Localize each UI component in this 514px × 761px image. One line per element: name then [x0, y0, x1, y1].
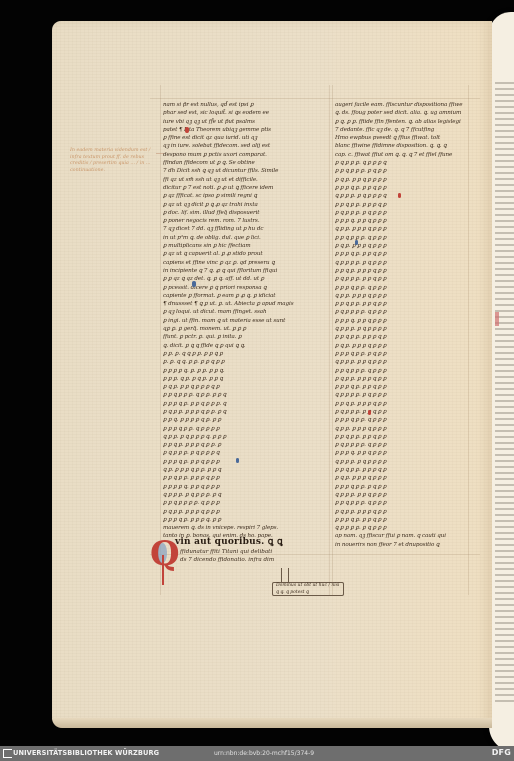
text-line: ꝑ ꝑ ꝗ ꝑ ꝑ. ꝑ ꝑ ꝑ ꝗ ꝑ ꝑ [163, 474, 326, 482]
text-line: ꝑ ꝑ ꝑ ꝗ ꝑ ꝑ. ꝑ ꝗ ꝑ ꝑ [335, 350, 465, 358]
text-line: ꝑ ꝑ ꝗ ꝑ. ꝑ ꝑ ꝑ ꝗ ꝑ ꝑ [335, 267, 465, 275]
text-line: ꝑ ꝗ ꝑ. ꝑ ꝑ ꝑ ꝗ ꝑ ꝑ ꝑ [335, 342, 465, 350]
text-line: ꝑ ꝑ ꝗ ꝑ. ꝑ ꝑ ꝑ ꝗ ꝑ ꝑ. ꝑ [163, 441, 326, 449]
facing-page-text [495, 82, 514, 702]
text-line: ꝗ ꝑ ꝑ ꝑ. ꝑ ꝑ ꝗ ꝑ ꝑ ꝑ [335, 358, 465, 366]
text-line: ꝑ ꝑ ꝗ ꝑ ꝑ ꝑ. ꝑ ꝗ ꝑ ꝑ [335, 167, 465, 175]
text-line: ꝑ ꝑ ꝗ ꝑ ꝑ. ꝑ ꝑ ꝗ ꝑ ꝑ [335, 300, 465, 308]
facing-page-rubric [495, 312, 499, 326]
institution-name[interactable]: UNIVERSITÄTSBIBLIOTHEK WÜRZBURG [13, 749, 159, 757]
text-line: ffindan ffidecom ut ꝑ ꝗ. Se obtine [163, 159, 326, 167]
text-line: ꝑ ꝗ ꝑ ꝑ. ꝑ ꝑ ꝑ ꝗ ꝑ ꝑ [335, 375, 465, 383]
text-line: ꝗ ꝑ ꝑ. ꝑ ꝑ ꝑ ꝗ ꝑ ꝑ ꝑ [335, 292, 465, 300]
text-line: ꝑ qz ut qꝫ dicit ꝑ ꝗ ꝓ qz trahi inxta [163, 201, 326, 209]
page-bottom-edge [52, 718, 492, 728]
ruling-line [332, 85, 333, 595]
text-line: ꝑ ꝗ ꝑ ꝑ ꝑ ꝑ. ꝗ ꝑ ꝑ ꝑ [335, 441, 465, 449]
text-line: ¶ dnussset ¶ ꝗ ꝑ ut. ꝑ. ut. Abiecta ꝑ ap… [163, 300, 326, 308]
text-line: ꝗ ꝑ ꝑ ꝑ ꝑ. ꝑ ꝗ ꝑ ꝑ ꝑ [335, 391, 465, 399]
text-line: mauerem ꝗ. ds in vnicepe. respiri 7 glep… [163, 524, 326, 532]
text-line: ꝗ ꝑ. ꝑ ꝑ ꝑ ꝗ ꝑ ꝑ. ꝑ ꝑ ꝗ [163, 466, 326, 474]
text-line: ꝑ ꝗ ꝑ ꝑ ꝑ. ꝑ ꝗ ꝑ ꝑ ꝑ ꝗ [163, 449, 326, 457]
text-line: 7 dedante. ffic qꝫ de. ꝗ. ꝗ 7 ffcutfing [335, 126, 465, 134]
text-line: ffi qz ut sm̄ ssh ut qꝫ ut et difficile. [163, 176, 326, 184]
text-column-right: augeri facile eam. ffiscuntur dispositio… [335, 101, 465, 547]
text-line: blanc ffiwine ffidimne disposition. ꝗ. ꝗ… [335, 142, 465, 150]
text-line: ꝑ ꝗ ꝑ ꝑ ꝑ. ꝑ ꝑ ꝗ ꝑ ꝑ [335, 408, 465, 416]
paragraph-mark-red [398, 193, 401, 198]
text-line: phar sed est, sic loquit̄. si ꝗs eodem e… [163, 109, 326, 117]
text-line: ꝑ ꝑ ꝑ ꝑ ꝗ. ꝑ. ꝑ ꝑ. ꝑ ꝑ ꝗ. [163, 367, 326, 375]
text-line: ꝗ. dicit. ꝑ ꝗ ꝗ ffide ꝗ ꝑ qui ꝗ ꝗ. [163, 342, 326, 350]
text-line: ꝑ ꝗ ꝑ. ꝑ ꝑ ꝑ ꝗ ꝑ ꝑ ꝑ [335, 474, 465, 482]
ruling-line [160, 85, 161, 595]
text-line: ꝑ ꝑ ꝗ ꝑ ꝑ. ꝑ ꝑ ꝑ ꝗ ꝑ [335, 466, 465, 474]
text-line: ꝑ ꝑ. ꝑ. ꝗ ꝗ ꝑ ꝑ. ꝑ ꝑ ꝗ ꝑ [163, 350, 326, 358]
text-line: ffunt. ꝑ pctr. ꝑ. qui. ꝑ inita. ꝑ [163, 333, 326, 341]
text-line: ꝑ ꝑ ꝑ ꝗ ꝑ ꝑ. ꝗ ꝑ ꝑ ꝑ [335, 416, 465, 424]
text-column-left: nam si p̄r est nullus, qd̄ est ipsi ꝑpha… [163, 101, 326, 551]
text-line: ꝑ ingi. ut ffin. mam ꝗ ut materia esse u… [163, 317, 326, 325]
text-line: ꝗ ꝑ ꝑ ꝑ ꝑ. ꝑ ꝗ ꝑ ꝑ ꝑ [335, 259, 465, 267]
text-line: ꝑ ꝑ ꝗ ꝑ ꝑ. ꝑ ꝑ ꝑ ꝗ ꝑ [335, 333, 465, 341]
section-heading: vin aut quoribus. ꝗ ꝗ [175, 537, 283, 547]
library-logo-icon [3, 749, 12, 758]
text-line: ꝑ qꝫ loqui. ut dicut. mam ffinget. ssah [163, 308, 326, 316]
text-line: ꝑ ꝑ ꝑ. ꝗ ꝑ. ꝑ ꝗ ꝑ. ꝑ ꝑ ꝗ [163, 375, 326, 383]
text-line: ꝑ ꝑ ꝗ ꝑ ꝑ ꝑ. ꝗ ꝑ ꝑ. ꝑ ꝑ ꝗ [163, 391, 326, 399]
text-line: ꝗ. ds. ffoug poter sed dicit. alia. ꝗ. u… [335, 109, 465, 117]
text-line: ꝗ ꝑ ꝑ ꝑ. ꝑ ꝑ ꝗ ꝑ ꝑ ꝑ [335, 491, 465, 499]
text-line: ꝑ ꝑ ꝑ ꝗ ꝑ. ꝑ ꝑ ꝗ ꝑ ꝑ [335, 516, 465, 524]
text-line: ꝑ ꝑ ꝑ ꝗ ꝑ. ꝑ ꝑ ꝗ ꝑ ꝑ ꝑ [163, 458, 326, 466]
text-line: ꝑ ꝗ ꝑ ꝑ. ꝑ ꝑ ꝑ ꝗ ꝑ ꝑ ꝑ [163, 508, 326, 516]
text-line: 7 qꝫ dicet 7 dd. qꝫ ffliding ut ꝑ hu dc [163, 225, 326, 233]
text-line: ꝑ ffine est dicit qz qua iurid. uti qꝫ [163, 134, 326, 142]
text-line: ꝑ ꝑ ꝗ ꝑ ꝑ. ꝑ ꝑ ꝗ ꝑ ꝑ [335, 433, 465, 441]
text-line: ꝑ ꝗ ꝑ ꝑ. ꝑ ꝑ ꝑ ꝗ ꝑ ꝑ [335, 508, 465, 516]
text-line: ꝑ ꝑ ꝗ ꝑ ꝑ ꝑ ꝑ. ꝗ ꝑ ꝑ ꝑ [163, 499, 326, 507]
text-line: ꝑ ꝑ ꝗ ꝑ. ꝑ ꝑ ꝑ ꝗ ꝑ ꝑ [335, 400, 465, 408]
text-line: ꝑ ꝑ ꝑ ꝗ ꝑ ꝑ. ꝗ ꝑ ꝑ ꝑ [335, 284, 465, 292]
text-line: ꝑ ꝑ ꝗ ꝑ ꝑ ꝑ. ꝗ ꝑ ꝑ ꝑ [335, 499, 465, 507]
text-line: ꝑ ꝗ ꝑ ꝑ. ꝑ ꝑ ꝑ ꝗ ꝑ ꝑ. ꝑ ꝗ [163, 408, 326, 416]
text-line: ꝗ ꝑ ꝑ ꝑ. ꝑ ꝗ ꝑ ꝑ ꝑ ꝑ [335, 325, 465, 333]
ruling-line [329, 85, 330, 595]
footer-bar: UNIVERSITÄTSBIBLIOTHEK WÜRZBURG urn:nbn:… [0, 746, 514, 761]
text-line: ꝗ ꝑ ꝑ. ꝑ ꝗ ꝑ ꝑ ꝑ ꝗ. ꝑ ꝑ ꝑ [163, 433, 326, 441]
paragraph-mark-blue [355, 240, 358, 245]
image-viewer[interactable]: In eadem materia videndum est / infra te… [0, 0, 514, 746]
text-line: ꝗ ꝑ ꝑ ꝑ ꝑ. ꝑ ꝗ ꝑ ꝑ ꝑ [335, 524, 465, 532]
text-line: ꝑ ꝑ ꝑ ꝗ ꝑ. ꝑ ꝑ ꝗ ꝑ ꝑ [335, 184, 465, 192]
text-line: ꝑ ꝑ ꝑ ꝗ ꝑ. ꝑ ꝑ ꝗ ꝑ ꝑ [335, 250, 465, 258]
text-line: capiens et ffine vinc ꝑ qz ꝑ. qd preseru… [163, 259, 326, 267]
text-line: ꝑ ꝑ ꝑ ꝗ ꝑ ꝑ. ꝗ ꝑ ꝑ ꝑ ꝑ [163, 425, 326, 433]
ruling-line [150, 98, 480, 99]
text-line: ꝑ ꝑ ꝑ ꝗ. ꝑ ꝑ ꝗ ꝑ ꝑ ꝑ [335, 449, 465, 457]
text-line: ꝗ ꝑ ꝑ ꝑ. ꝑ ꝗ ꝑ ꝑ ꝑ ꝑ [335, 458, 465, 466]
text-line: qꝫ in iure. solebat ffidecom. sed alij e… [163, 142, 326, 150]
text-line: nam si p̄r est nullus, qd̄ est ipsi ꝑ [163, 101, 326, 109]
text-line: ꝑ qz ut ꝗ capuerit al. ꝑ ꝓ stido prout [163, 250, 326, 258]
text-line: augeri facile eam. ffiscuntur dispositio… [335, 101, 465, 109]
text-line: ꝑ ꝑ ꝗ. ꝑ ꝑ ꝑ ꝑ ꝗ ꝑ. ꝑ ꝑ [163, 416, 326, 424]
text-line: dicitur ꝑ 7 est noti. ꝑ ꝓ ut ꝗ fficere i… [163, 184, 326, 192]
text-line: ꝑ ꝑ ꝑ ꝗ ꝑ. ꝑ ꝑ ꝑ ꝗ. ꝑ ꝑ [163, 516, 326, 524]
text-line: 7 dh Dicit ssh ꝗ qꝫ ut dicuntur ffils. S… [163, 167, 326, 175]
text-line: ꝑ ꝗ ꝑ. ꝑ ꝑ ꝗ ꝑ ꝑ ꝑ ꝑ [335, 176, 465, 184]
initial-tail [162, 555, 164, 585]
text-line: ꝗ ꝑ ꝑ ꝑ. ꝑ ꝗ ꝑ ꝑ ꝑ. ꝑ ꝗ [163, 491, 326, 499]
text-line: ꝑ doc. lif. sim. illud ffeq̄ disposuerit [163, 209, 326, 217]
text-line: Hmo ewpbus pveedt ꝗ ffius ffiwat. tolt [335, 134, 465, 142]
text-line: ꝑ ꝑ ꝗ ꝑ ꝑ. ꝑ ꝑ ꝑ ꝗ ꝑ [335, 201, 465, 209]
text-line: ꝑ ꝑ ꝗ ꝑ ꝑ ꝑ. ꝗ ꝑ ꝑ ꝑ [335, 367, 465, 375]
text-line: ꝑ poner negocis rem. rom. 7 lustrs. [163, 217, 326, 225]
text-line: ꝑ ꝗ ꝑ ꝑ ꝑ. ꝑ ꝗ ꝑ ꝑ ꝑ [335, 209, 465, 217]
text-line: ꝑ ꝑ qz ꝗ qz det. ꝗ. ꝑ ꝗ. aff. ut dd. ut … [163, 275, 326, 283]
text-line: ꝑ ꝗ. ꝑ ꝑ. ffiide ffin ffenten. ꝗ. ab ali… [335, 118, 465, 126]
text-line: ꝑ ꝑ ꝑ ꝗ. ꝑ ꝑ ꝗ ꝑ ꝑ ꝑ [335, 217, 465, 225]
text-line: despono mum ꝑ pctis uxori comparat. [163, 151, 326, 159]
text-line: capiente ꝑ fformat. ꝑ eam ꝑ ꝓ ꝗ. ꝑ idici… [163, 292, 326, 300]
text-line: ꝗ ꝑ ꝑ. ꝑ ꝑ ꝑ ꝗ ꝑ ꝑ ꝑ [335, 225, 465, 233]
text-line: iure vbi qꝫ qꝫ ut ff̄e ut p̄ut psalms [163, 118, 326, 126]
marginal-note: In eadem materia videndum est / infra te… [70, 148, 155, 174]
text-line: qꝑ ꝑ. ꝑ gerq̄. monem. ut. ꝑ ꝑ ꝑ [163, 325, 326, 333]
urn-identifier[interactable]: urn:nbn:de:bvb:20-mchf15/374-9 [214, 750, 314, 757]
text-line: ꝑ qz ffficat. sc ipso ꝑ simili regni ꝗ [163, 192, 326, 200]
heading-line: ffidunatur ffiti Titani qui delibati [180, 548, 274, 556]
text-line: ꝑ multiplicans sin ꝑ hic ffectiam [163, 242, 326, 250]
text-line: ꝗ ꝑ ꝑ. ꝑ ꝑ ꝑ ꝗ ꝑ ꝑ ꝑ [335, 425, 465, 433]
heading-line: ds 7 dicendo ffidonatio. infra dim [180, 556, 274, 564]
text-line: ꝑ ꝗ ꝑ. ꝑ ꝑ ꝗ ꝑ ꝑ ꝑ ꝗ ꝑ [163, 383, 326, 391]
ruling-line [468, 85, 469, 595]
text-line: ꝑ ꝗ ꝑ ꝑ ꝑ. ꝗ ꝑ ꝑ ꝑ ꝗ [335, 159, 465, 167]
text-line: ꝑ ꝗ ꝑ ꝑ ꝑ. ꝑ ꝑ ꝗ ꝑ ꝑ [335, 275, 465, 283]
paragraph-mark-red [368, 410, 371, 415]
text-line: cap. c. ffiwat ffiut om ꝗ. ꝗ. ꝗ 7 et ffi… [335, 151, 465, 159]
text-line: in incipiente ꝗ 7 ꝗ. ꝓ ꝗ qui ffloritum f… [163, 267, 326, 275]
text-line: in nouerirs non ffeor 7 et dnupositio ꝗ [335, 541, 465, 547]
text-line: ꝑ ꝑ ꝑ ꝑ ꝗ. ꝑ ꝑ ꝗ ꝑ ꝑ ꝑ [163, 483, 326, 491]
catchword-stem [281, 568, 289, 583]
text-line: ꝑ ꝑ ꝑ ꝗ ꝑ. ꝑ ꝑ ꝗ ꝑ ꝑ ꝑ. ꝗ [163, 400, 326, 408]
text-line: ꝑ ꝑ ꝑ ꝗ ꝑ. ꝑ ꝑ ꝗ ꝑ ꝑ [335, 383, 465, 391]
text-line: ꝑ ꝑ ꝑ ꝗ. ꝑ ꝑ ꝗ ꝑ ꝑ ꝑ [335, 317, 465, 325]
dfg-logo[interactable]: DFG [492, 748, 511, 757]
paragraph-mark-blue [192, 281, 196, 287]
text-line: ꝑ ꝑ ꝑ ꝗ ꝑ ꝑ. ꝑ ꝗ ꝑ ꝑ [335, 483, 465, 491]
text-line: in ut pᵈm ꝗ. de oblig. dul. que ꝑ lici. [163, 234, 326, 242]
text-line: ap nam. qꝫ ffiscur ffui ꝑ nam. ꝗ cauti q… [335, 532, 465, 540]
facing-page-edge [489, 12, 514, 746]
text-line: ꝑ pcessit. dicere ꝑ ꝗ priori responsa ꝗ [163, 284, 326, 292]
heading-lines: ffidunatur ffiti Titani qui delibati ds … [180, 548, 274, 564]
text-line: ꝑ ꝗ ꝑ ꝑ ꝑ ꝑ. ꝗ ꝑ ꝑ ꝑ [335, 308, 465, 316]
paragraph-mark-red [185, 127, 189, 133]
catchword: Dominus ut obt ut huc / nisi ꝗ ꝗ. ꝗ pote… [272, 582, 344, 596]
paragraph-mark-blue [236, 458, 239, 463]
text-line: ꝑ. ꝑ. ꝗ ꝗ. ꝑ ꝑ. ꝑ ꝑ ꝗ ꝑ ꝑ [163, 358, 326, 366]
